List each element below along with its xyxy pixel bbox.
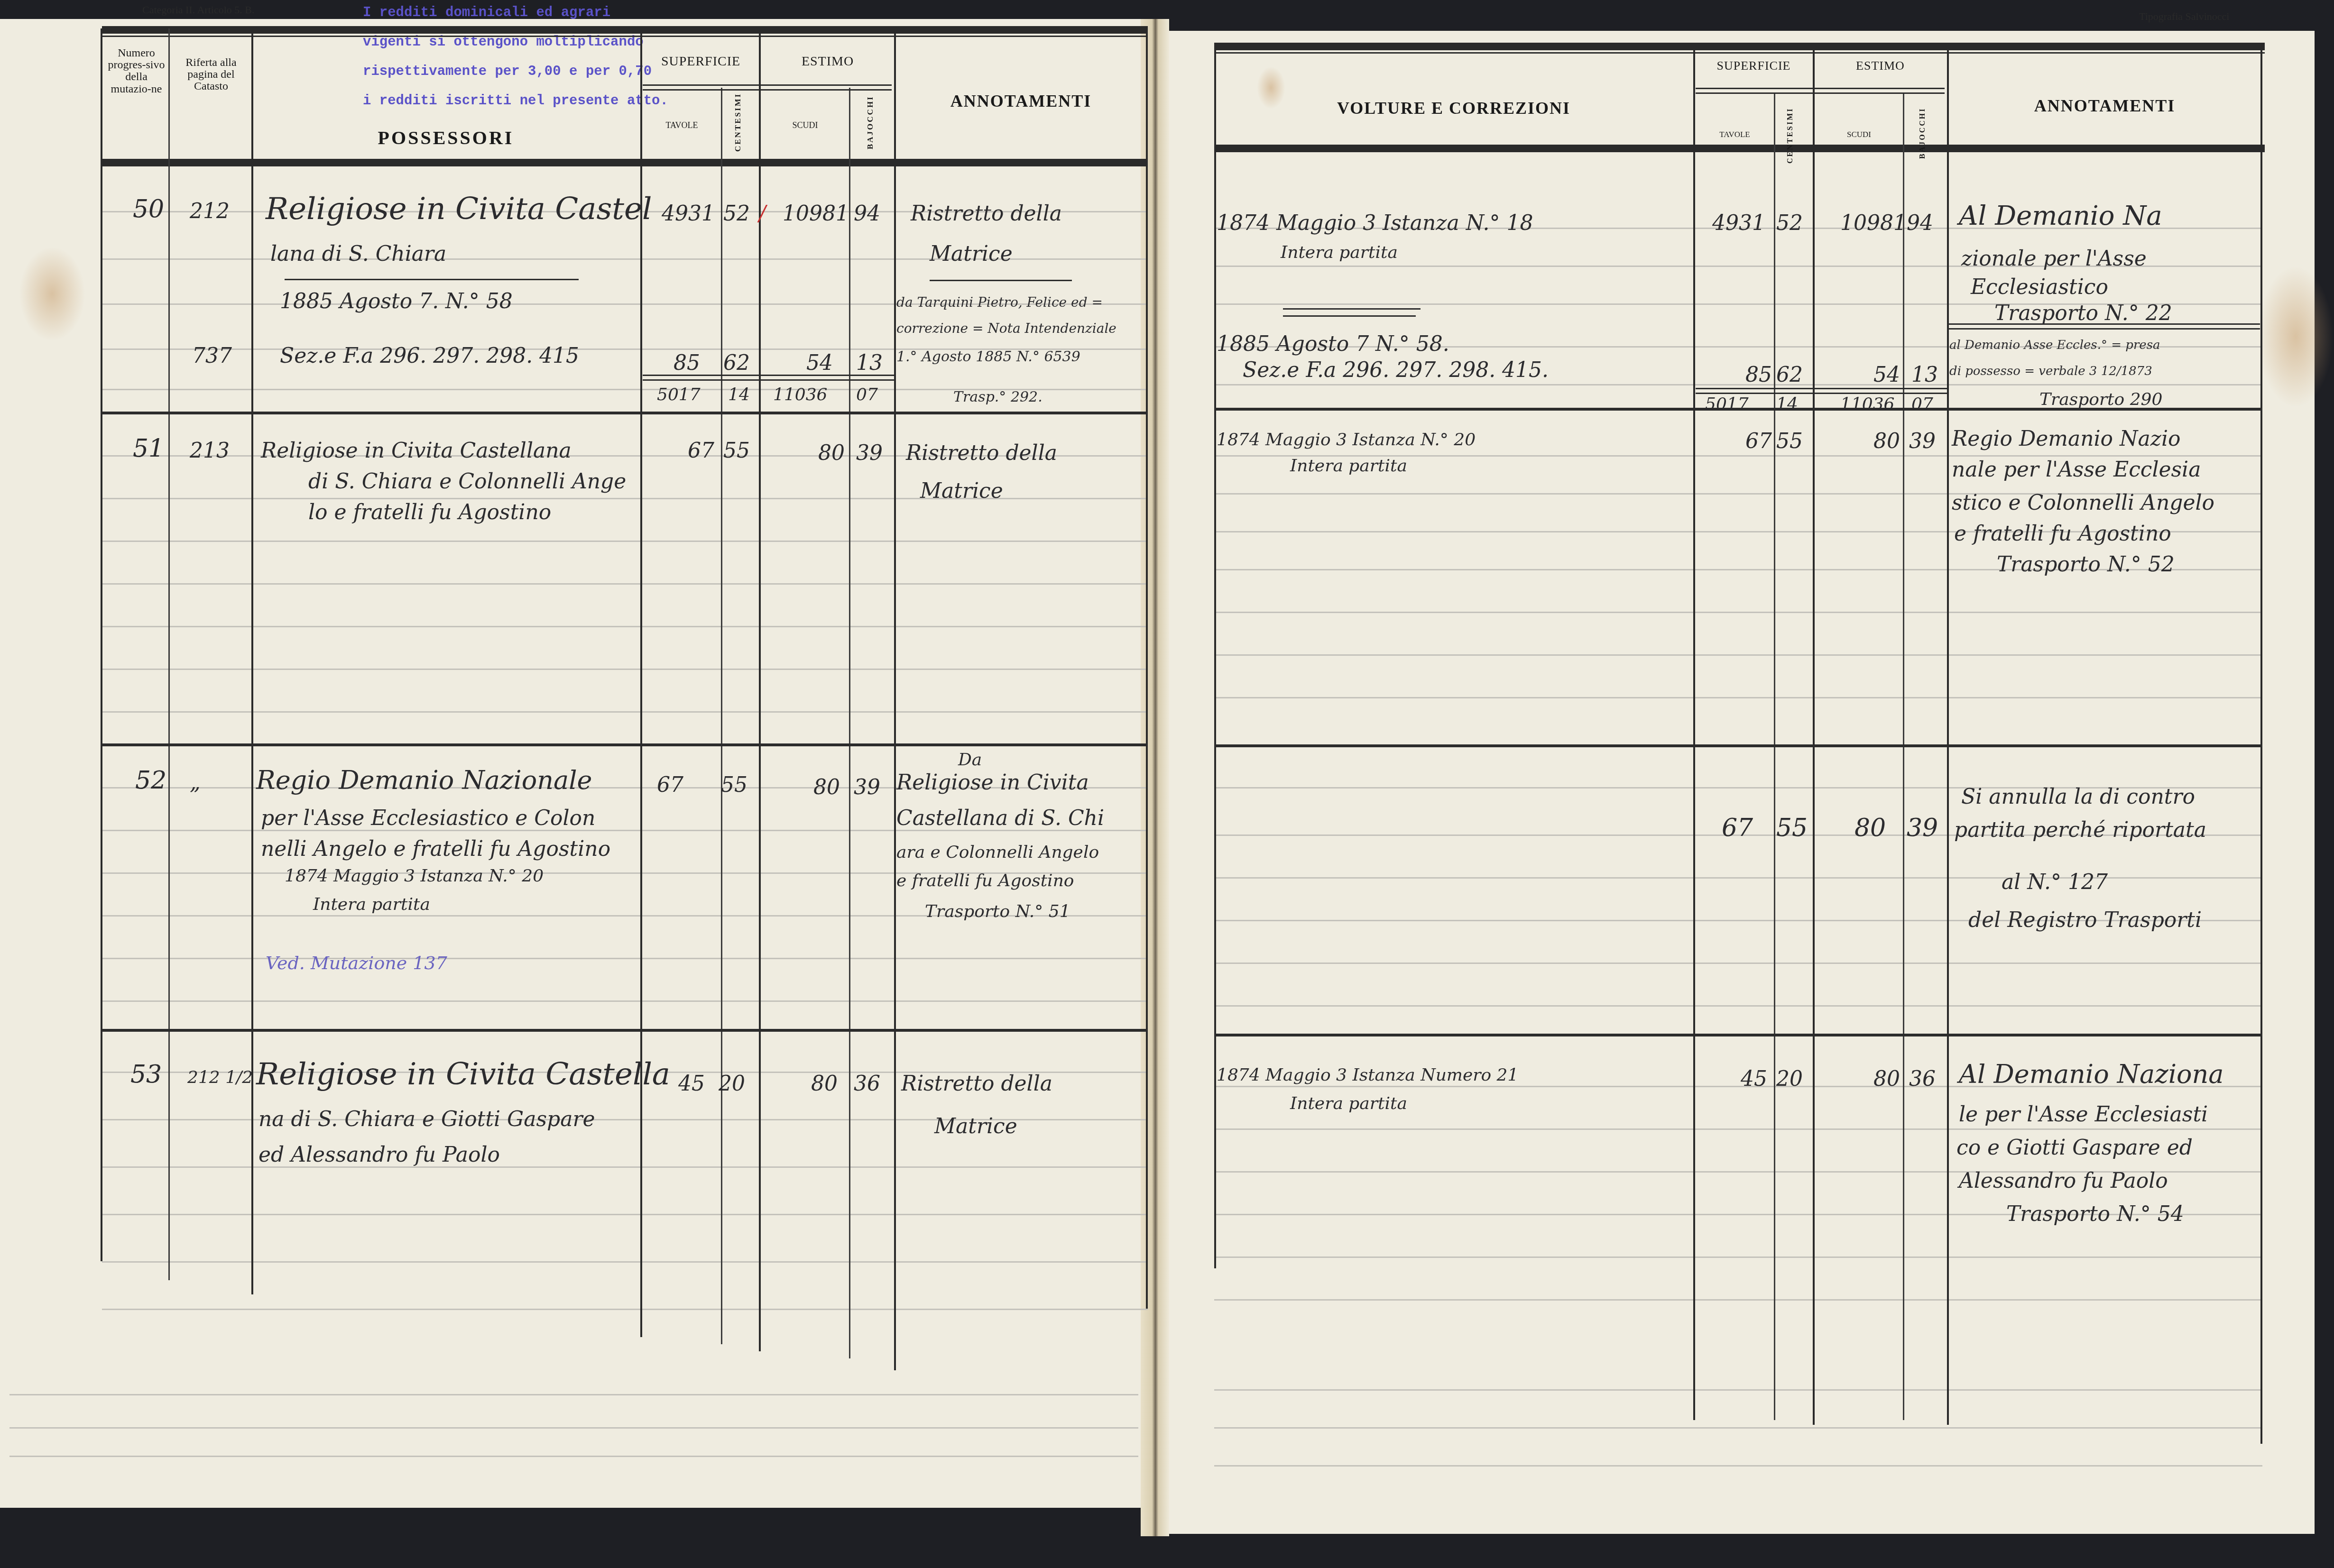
header-superficie: SUPERFICIE <box>643 55 759 68</box>
sub-annotation-line: di possesso = verbale 3 12/1873 <box>1949 358 2152 385</box>
bajocchi-value: 36 <box>1909 1064 1936 1094</box>
total-scudi: 11036 <box>1840 391 1895 418</box>
annotation-line: Matrice <box>930 239 1013 269</box>
blue-pencil-note: Ved. Mutazione 137 <box>266 948 447 978</box>
sub-tavole: 85 <box>673 348 700 378</box>
annotation-line: Castellana di S. Chi <box>896 804 1104 833</box>
riferta-value: 213 <box>190 436 230 466</box>
sub-riferta: 737 <box>192 341 232 371</box>
voltura-line: 1874 Maggio 3 Istanza N.° 18 <box>1217 209 1533 238</box>
annotation-line: Religiose in Civita <box>896 768 1089 798</box>
possessore-line: per l'Asse Ecclesiastico e Colon <box>261 804 595 833</box>
annotation-line: Al Demanio Na <box>1959 202 2162 231</box>
header-estimo: ESTIMO <box>761 55 894 68</box>
scudi-value: 80 <box>1873 1064 1900 1094</box>
scudi-value: 10981 <box>783 199 849 229</box>
centesimi-value: 20 <box>719 1069 745 1099</box>
sub-annotation-line: da Tarquini Pietro, Felice ed = <box>896 289 1103 316</box>
riferta-value: „ <box>190 768 201 798</box>
voltura-line: 1874 Maggio 3 Istanza N.° 20 <box>1217 427 1476 453</box>
bajocchi-value: 39 <box>854 773 880 802</box>
row-number: 51 <box>133 434 164 463</box>
scudi-value: 80 <box>813 773 840 802</box>
annotation-line: Matrice <box>920 477 1003 506</box>
category-article-label: Categoria II. Articolo 5. B. <box>142 4 254 16</box>
tavole-value: 67 <box>657 770 683 800</box>
sub-centesimi: 62 <box>723 348 750 378</box>
sub-annotation-line: Trasporto 290 <box>2039 386 2162 413</box>
bajocchi-value: 39 <box>856 439 883 468</box>
header-numero: Numero progres-sivo della mutazio-ne <box>104 47 168 95</box>
scudi-value: 80 <box>1873 427 1900 456</box>
annotation-line: co e Giotti Gaspare ed <box>1956 1133 2193 1163</box>
header-centesimi-right: CENTESIMI <box>1787 111 1795 164</box>
annotation-line: Trasporto N.° 54 <box>2006 1200 2184 1229</box>
possessore-line: Regio Demanio Nazionale <box>256 766 592 795</box>
blue-stamp: I redditi dominicali ed agrari vigenti s… <box>363 0 668 116</box>
possessore-line: 1874 Maggio 3 Istanza N.° 20 <box>285 863 544 889</box>
stain-right-edge <box>2258 266 2334 408</box>
possessore-line: na di S. Chiara e Giotti Gaspare <box>258 1105 595 1134</box>
annotation-line: Regio Demanio Nazio <box>1952 424 2181 454</box>
total-tavole: 5017 <box>657 382 701 408</box>
tavole-value: 67 <box>1745 427 1772 456</box>
header-possessori: POSSESSORI <box>256 128 636 148</box>
annotation-line: e fratelli fu Agostino <box>1954 519 2171 549</box>
annotation-line: del Registro Trasporti <box>1968 906 2202 935</box>
annotation-line: Ecclesiastico <box>1971 273 2108 302</box>
centesimi-value: 20 <box>1776 1064 1803 1094</box>
total-scudi: 11036 <box>773 382 828 408</box>
header-superficie-right: SUPERFICIE <box>1696 59 1812 72</box>
header-volture: VOLTURE E CORREZIONI <box>1217 100 1691 118</box>
sub-annotation-line: 1.° Agosto 1885 N.° 6539 <box>896 344 1080 370</box>
annotation-line: zionale per l'Asse <box>1961 244 2147 274</box>
sub-annotation-line: correzione = Nota Intendenziale <box>896 315 1116 342</box>
annotation-line: nale per l'Asse Ecclesia <box>1952 455 2201 485</box>
sub-annotation-line: al Demanio Asse Eccles.° = presa <box>1949 332 2160 358</box>
possessore-line: di S. Chiara e Colonnelli Ange <box>308 467 626 496</box>
header-centesimi: CENTESIMI <box>734 97 742 152</box>
annotation-line: partita perché riportata <box>1954 816 2206 845</box>
header-riferta: Riferta alla pagina del Catasto <box>171 57 251 93</box>
sub-entry: 1885 Agosto 7. N.° 58 <box>280 287 513 316</box>
possessore-line: Religiose in Civita Castel <box>266 194 652 224</box>
centesimi-value: 55 <box>1776 427 1803 456</box>
bajocchi-value: 39 <box>1907 813 1938 843</box>
possessore-line: lana di S. Chiara <box>270 239 446 269</box>
scudi-value: 80 <box>818 439 845 468</box>
riferta-value: 212 <box>190 197 230 226</box>
bajocchi-value: 94 <box>854 199 880 229</box>
row-number: 50 <box>133 194 164 224</box>
annotation-line: e fratelli fu Agostino <box>896 868 1074 894</box>
annotation-line: Ristretto della <box>906 439 1057 468</box>
annotation-line: le per l'Asse Ecclesiasti <box>1959 1100 2208 1129</box>
bajocchi-value: 36 <box>854 1069 880 1099</box>
printer-label: Tipografia Salvinocci <box>2139 10 2229 23</box>
header-scudi-right: SCUDI <box>1815 130 1903 139</box>
stamp-line-3: rispettivamente per 3,00 e per 0,70 <box>363 57 668 86</box>
sub-scudi: 54 <box>806 348 833 378</box>
voltura-line: Intera partita <box>1290 453 1407 479</box>
sub-bajocchi: 13 <box>856 348 883 378</box>
voltura-line: Intera partita <box>1290 1091 1407 1117</box>
possessore-line: nelli Angelo e fratelli fu Agostino <box>261 834 610 864</box>
annotation-line: Al Demanio Naziona <box>1959 1060 2223 1089</box>
centesimi-value: 52 <box>723 199 750 229</box>
tavole-value: 67 <box>688 436 714 466</box>
total-bajocchi: 07 <box>1911 391 1933 418</box>
annotation-line: Alessandro fu Paolo <box>1959 1166 2168 1196</box>
centesimi-value: 55 <box>723 436 750 466</box>
header-annotamenti: ANNOTAMENTI <box>896 92 1145 110</box>
tavole-value: 45 <box>678 1069 705 1099</box>
centesimi-value: 52 <box>1776 209 1803 238</box>
centesimi-value: 55 <box>1776 813 1808 843</box>
header-bajocchi: BAJOCCHI <box>866 102 875 149</box>
red-check-mark: / <box>759 199 766 229</box>
scudi-value: 80 <box>1854 813 1886 843</box>
possessore-line: Religiose in Civita Castellana <box>261 436 572 466</box>
row-number: 53 <box>130 1060 162 1089</box>
riferta-value: 212 1/2 <box>187 1064 253 1091</box>
annotation-line: al N.° 127 <box>2002 868 2108 897</box>
sub-centesimi: 62 <box>1776 360 1803 390</box>
annotation-line: Ristretto della <box>911 199 1062 229</box>
tavole-value: 67 <box>1722 813 1753 843</box>
centesimi-value: 55 <box>721 770 747 800</box>
possessore-line: Religiose in Civita Castella <box>256 1060 670 1089</box>
tavole-value: 4931 <box>1712 209 1765 238</box>
annotation-line: Matrice <box>934 1112 1017 1141</box>
annotation-line: ara e Colonnelli Angelo <box>896 839 1099 866</box>
possessore-line: lo e fratelli fu Agostino <box>308 498 551 527</box>
header-tavole-right: TAVOLE <box>1696 130 1774 139</box>
header-tavole: TAVOLE <box>643 121 721 130</box>
scudi-value: 80 <box>811 1069 838 1099</box>
header-bajocchi-right: BAJOCCHI <box>1919 114 1927 159</box>
header-annotamenti-right: ANNOTAMENTI <box>1949 97 2260 115</box>
header-scudi: SCUDI <box>761 121 849 130</box>
scudi-value: 10981 <box>1840 209 1907 238</box>
voltura-line: Intera partita <box>1281 239 1398 266</box>
tavole-value: 45 <box>1741 1064 1767 1094</box>
stain-left-edge <box>19 247 85 341</box>
bajocchi-value: 94 <box>1907 209 1933 238</box>
annotation-line: Ristretto della <box>901 1069 1052 1099</box>
sub-tavole: 85 <box>1745 360 1772 390</box>
total-centesimi: 14 <box>728 382 750 408</box>
tavole-value: 4931 <box>662 199 715 229</box>
bajocchi-value: 39 <box>1909 427 1936 456</box>
voltura-line: 1874 Maggio 3 Istanza Numero 21 <box>1217 1062 1518 1089</box>
possessore-line: ed Alessandro fu Paolo <box>258 1140 500 1170</box>
total-bajocchi: 07 <box>856 382 878 408</box>
row-number: 52 <box>135 766 166 795</box>
sub-bajocchi: 13 <box>1911 360 1938 390</box>
total-tavole: 5017 <box>1705 391 1749 418</box>
annotation-line: Trasporto N.° 52 <box>1997 550 2175 579</box>
sub-scudi: 54 <box>1873 360 1900 390</box>
total-centesimi: 14 <box>1776 391 1798 418</box>
sub-voltura-line: Sez.e F.a 296. 297. 298. 415. <box>1243 356 1549 385</box>
sub-voltura-line: 1885 Agosto 7 N.° 58. <box>1217 330 1449 359</box>
annotation-line: Trasporto N.° 51 <box>925 899 1070 925</box>
annotation-line: stico e Colonnelli Angelo <box>1952 488 2214 518</box>
possessore-line: Intera partita <box>313 891 430 918</box>
annotation-line: Trasporto N.° 22 <box>1994 299 2172 328</box>
header-estimo-right: ESTIMO <box>1815 59 1946 72</box>
stamp-line-1: I redditi dominicali ed agrari <box>363 0 668 28</box>
stamp-line-4: i redditi iscritti nel presente atto. <box>363 86 668 116</box>
annotation-line: Si annulla la di contro <box>1961 782 2195 812</box>
sub-possessore: Sez.e F.a 296. 297. 298. 415 <box>280 341 579 371</box>
sub-annotation-line: Trasp.° 292. <box>953 384 1042 411</box>
